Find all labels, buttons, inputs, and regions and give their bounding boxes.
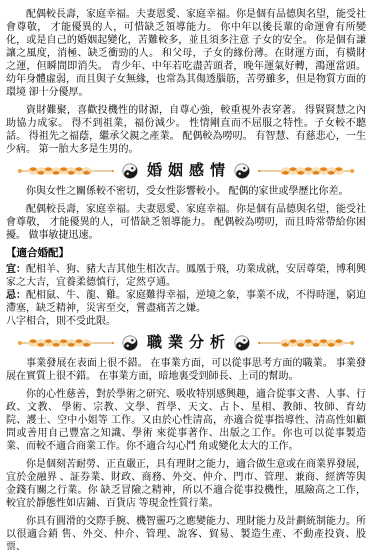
- braided-flourish-icon: [17, 164, 117, 178]
- yin-yang-icon: [122, 335, 138, 351]
- yin-yang-icon: [234, 163, 250, 179]
- match-advisable-label: 宜：: [6, 264, 26, 275]
- yin-yang-icon: [122, 163, 138, 179]
- marriage-section-header: 婚姻感情: [6, 163, 366, 179]
- match-avoid-label: 忌：: [6, 290, 26, 301]
- braided-flourish-icon: [255, 164, 355, 178]
- career-section-header: 職業分析: [6, 335, 366, 351]
- match-avoid-line: 忌：配相鼠、牛、龍、雞。家庭難得幸福，逆境之象，事業不成，不得時運，窮迫滯塞，缺…: [6, 289, 366, 315]
- marriage-section-title: 婚姻感情: [147, 165, 231, 178]
- career-section-title: 職業分析: [147, 337, 231, 350]
- match-advisable-line: 宜：配相羊、狗、豬大吉其他生相次吉。鳳凰于飛，功業成就，安居尊榮，博利興家之大吉…: [6, 263, 366, 289]
- yin-yang-icon: [234, 335, 250, 351]
- match-advisable-text: 配相羊、狗、豬大吉其他生相次吉。鳳凰于飛，功業成就，安居尊榮，博利興家之大吉，宜…: [6, 264, 366, 288]
- marriage-paragraph-1: 你與女性之關係較不密切，受女性影響較小。 配偶的家世或學歷比你差。: [6, 185, 366, 198]
- intro-paragraph-2: 資財難聚，喜歡投機性的財源，自尊心強，較重視外表穿著。 得賢賢慧之內助協力成家。…: [6, 104, 366, 156]
- match-avoid-text: 配相鼠、牛、龍、雞。家庭難得幸福，逆境之象，事業不成，不得時運，窮迫滯塞，缺乏精…: [6, 290, 366, 314]
- marriage-paragraph-2: 配偶較長壽，家庭幸福。夫妻恩愛、家庭幸福。你是個有品德與名望，能受社會尊敬， 才…: [6, 203, 366, 242]
- suitable-match-heading: 【適合婚配】: [6, 247, 366, 260]
- career-paragraph-4: 你具有圓滑的交際手腕、機智靈巧之應變能力、理財能力及計劃統制能力。所以很適合銷 …: [6, 515, 366, 550]
- career-paragraph-2: 你的心性慈善，對於學術之研究、吸收特別感興趣，適合從事文書、人事、行政、文教、 …: [6, 388, 366, 453]
- intro-paragraph-1: 配偶較長壽，家庭幸福。夫妻恩愛、家庭幸福。你是個有品德與名望，能受社會尊敬， 才…: [6, 8, 366, 99]
- fortune-report-page: 配偶較長壽，家庭幸福。夫妻恩愛、家庭幸福。你是個有品德與名望，能受社會尊敬， 才…: [0, 0, 372, 550]
- career-paragraph-1: 事業發展在表面上很不錯。 在事業方面，可以從事思考方面的職業。 事業發展在實質上…: [6, 357, 366, 383]
- career-paragraph-3: 你是個刻苦耐勞、正直嚴正，具有理財之能力，適合做生意或在商業界發展，宜於金融界 …: [6, 458, 366, 510]
- match-note: 八字相合，則不受此限。: [6, 315, 366, 328]
- braided-flourish-icon: [255, 336, 355, 350]
- braided-flourish-icon: [17, 336, 117, 350]
